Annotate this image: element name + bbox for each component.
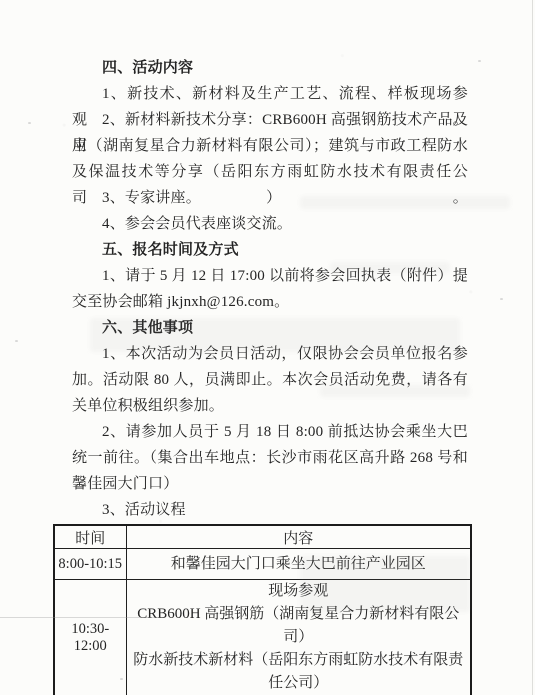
agenda-header-time: 时间 xyxy=(54,525,126,549)
agenda-table: 时间 内容 8:00-10:15 和馨佳园大门口乘坐大巴前往产业园区 10:30… xyxy=(53,524,472,695)
registration-deadline-line1: 1、请于 5 月 12 日 17:00 以前将参会回执表（附件）提 xyxy=(72,263,468,289)
registration-email-line: 交至协会邮箱 jkjnxh@126.com。 xyxy=(72,289,468,315)
agenda-content-cell: 现场参观 CRB600H 高强钢筋（湖南复星合力新材料有限公司） 防水新技术新材… xyxy=(126,580,471,695)
item-agenda-heading: 3、活动议程 xyxy=(72,497,468,523)
section-heading-registration: 五、报名时间及方式 xyxy=(72,237,468,263)
paper-speck xyxy=(15,340,18,342)
agenda-content-line: 防水新技术新材料（岳阳东方雨虹防水技术有限责任公司） xyxy=(129,649,469,695)
other-matters-line2: 加。活动限 80 人，员满即止。本次会员活动免费，请各有 xyxy=(72,367,468,393)
agenda-header-content: 内容 xyxy=(126,525,471,549)
other-matters-line1: 1、本次活动为会员日活动，仅限协会会员单位报名参 xyxy=(72,341,468,367)
agenda-content-line: 和馨佳园大门口乘坐大巴前往产业园区 xyxy=(129,553,469,576)
item-member-discussion: 4、参会会员代表座谈交流。 xyxy=(72,211,468,237)
section-heading-activity-content: 四、活动内容 xyxy=(72,55,468,81)
paper-speck xyxy=(478,60,481,62)
other-matters-line3: 关单位积极组织参加。 xyxy=(72,393,468,419)
agenda-content-line: CRB600H 高强钢筋（湖南复星合力新材料有限公司） xyxy=(129,603,469,649)
document-body: 四、活动内容 1、新技术、新材料及生产工艺、流程、样板现场参观。 2、新材料新技… xyxy=(72,55,468,695)
paper-speck xyxy=(28,122,31,124)
paper-speck xyxy=(120,678,123,680)
agenda-time-cell: 8:00-10:15 xyxy=(54,549,126,580)
bus-departure-line2: 统一前往。（集合出车地点：长沙市雨花区高升路 268 号和 xyxy=(72,445,468,471)
bus-departure-line3: 馨佳园大门口） xyxy=(72,471,468,497)
scan-streak xyxy=(0,617,160,618)
agenda-content-line: 现场参观 xyxy=(129,580,469,603)
scanned-document-page: 四、活动内容 1、新技术、新材料及生产工艺、流程、样板现场参观。 2、新材料新技… xyxy=(0,0,535,695)
scanner-edge-line xyxy=(532,0,533,695)
agenda-content-cell: 和馨佳园大门口乘坐大巴前往产业园区 xyxy=(126,549,471,580)
item-material-sharing-line3: 及保温技术等分享（岳阳东方雨虹防水技术有限责任公司）。 xyxy=(72,159,468,185)
item-material-sharing-line2: 用（湖南复星合力新材料有限公司）；建筑与市政工程防水 xyxy=(72,133,468,159)
item-site-visit: 1、新技术、新材料及生产工艺、流程、样板现场参观。 xyxy=(72,81,468,107)
paper-speck xyxy=(500,298,503,300)
section-heading-other-matters: 六、其他事项 xyxy=(72,315,468,341)
agenda-row-morning-bus: 8:00-10:15 和馨佳园大门口乘坐大巴前往产业园区 xyxy=(54,549,471,580)
agenda-time-cell: 10:30-12:00 xyxy=(54,580,126,695)
agenda-header-row: 时间 内容 xyxy=(54,525,471,549)
item-material-sharing-line1: 2、新材料新技术分享：CRB600H 高强钢筋技术产品及应 xyxy=(72,107,468,133)
bus-departure-line1: 2、请参加人员于 5 月 18 日 8:00 前抵达协会乘坐大巴 xyxy=(72,419,468,445)
agenda-row-site-visit: 10:30-12:00 现场参观 CRB600H 高强钢筋（湖南复星合力新材料有… xyxy=(54,580,471,695)
